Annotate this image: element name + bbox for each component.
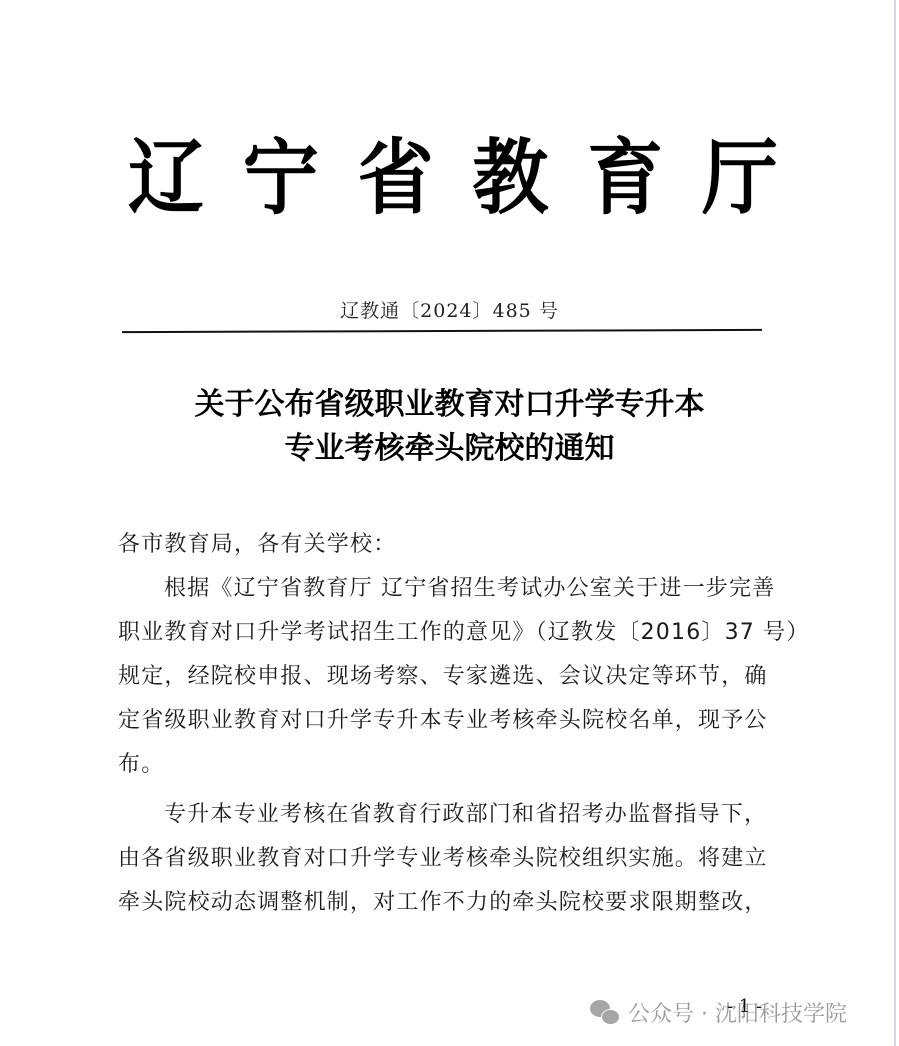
page-edge-divider xyxy=(894,0,896,1046)
title-line: 专业考核牵头院校的通知 xyxy=(0,427,899,471)
paragraph-line: 牵头院校动态调整机制，对工作不力的牵头院校要求限期整改， xyxy=(118,881,818,925)
paragraph-line: 专升本专业考核在省教育行政部门和省招考办监督指导下， xyxy=(118,793,818,837)
paragraph-line: 规定，经院校申报、现场考察、专家遴选、会议决定等环节，确 xyxy=(118,655,818,699)
wechat-icon xyxy=(590,999,620,1025)
masthead-char: 育 xyxy=(587,124,663,232)
masthead-title: 辽 宁 省 教 育 厅 xyxy=(128,128,778,228)
paragraph-line: 定省级职业教育对口升学专升本专业考核牵头院校名单，现予公 xyxy=(118,699,818,743)
masthead-char: 教 xyxy=(472,124,548,232)
paragraph-line: 职业教育对口升学考试招生工作的意见》（辽教发〔2016〕37 号） xyxy=(118,611,818,655)
paragraph-1: 根据《辽宁省教育厅 辽宁省招生考试办公室关于进一步完善 职业教育对口升学考试招生… xyxy=(118,567,818,787)
masthead-char: 厅 xyxy=(702,124,778,232)
paragraph-line: 布。 xyxy=(118,743,818,787)
paragraph-line: 由各省级职业教育对口升学专业考核牵头院校组织实施。将建立 xyxy=(118,837,818,881)
masthead-char: 宁 xyxy=(243,124,319,232)
watermark: 公众号 · 沈阳科技学院 xyxy=(590,992,847,1032)
salutation: 各市教育局，各有关学校： xyxy=(118,523,818,567)
page-number: - 1 - xyxy=(727,996,762,1017)
masthead-char: 辽 xyxy=(128,124,204,232)
header-rule xyxy=(122,329,762,333)
paragraph-2: 专升本专业考核在省教育行政部门和省招考办监督指导下， 由各省级职业教育对口升学专… xyxy=(118,793,818,925)
title-line: 关于公布省级职业教育对口升学专升本 xyxy=(0,383,899,427)
paragraph-line: 根据《辽宁省教育厅 辽宁省招生考试办公室关于进一步完善 xyxy=(118,567,818,611)
masthead-char: 省 xyxy=(358,124,434,232)
document-title: 关于公布省级职业教育对口升学专升本 专业考核牵头院校的通知 xyxy=(0,383,899,471)
document-number: 辽教通〔2024〕485 号 xyxy=(0,296,899,323)
